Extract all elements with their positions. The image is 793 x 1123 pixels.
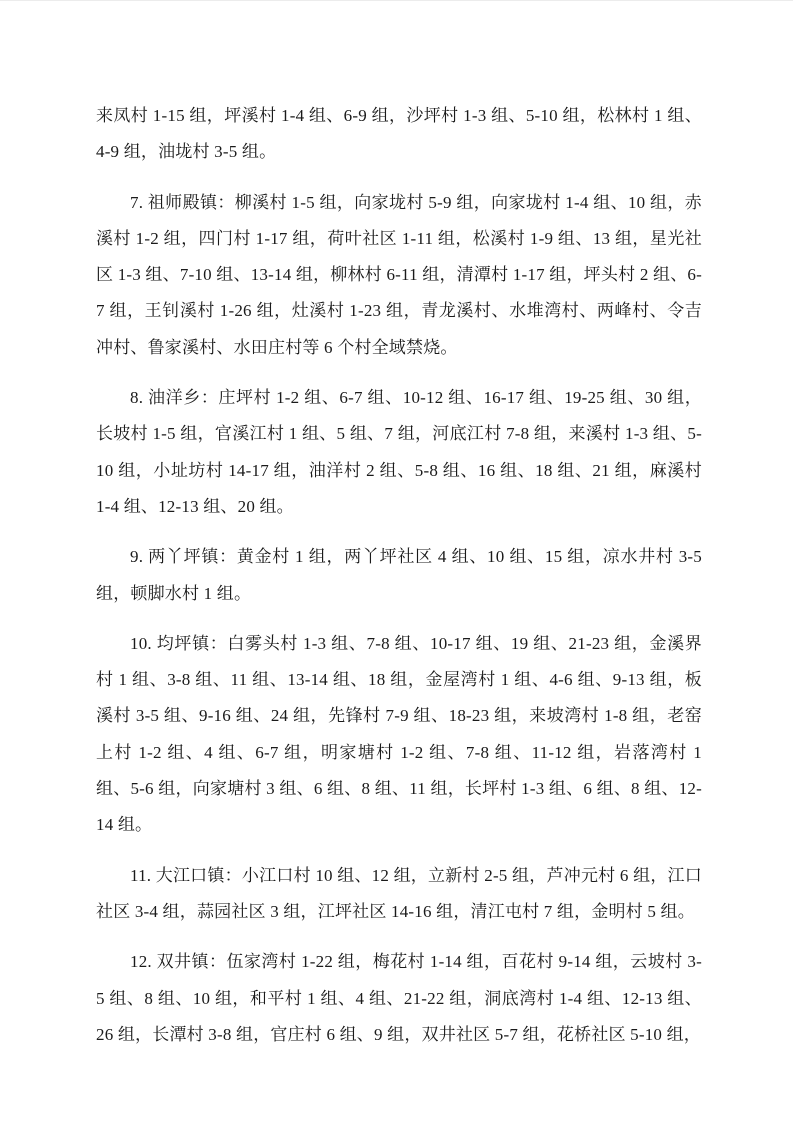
paragraph-item-9-liangyaping-town: 9. 两丫坪镇：黄金村 1 组，两丫坪社区 4 组、10 组、15 组，凉水井村… bbox=[96, 539, 702, 612]
paragraph-item-8-youyang-township: 8. 油洋乡：庄坪村 1-2 组、6-7 组、10-12 组、16-17 组、1… bbox=[96, 380, 702, 525]
paragraph-item-7-zushidian-town: 7. 祖师殿镇：柳溪村 1-5 组，向家垅村 5-9 组，向家垅村 1-4 组、… bbox=[96, 185, 702, 366]
paragraph-item-10-junping-town: 10. 均坪镇：白雾头村 1-3 组、7-8 组、10-17 组、19 组、21… bbox=[96, 626, 702, 844]
paragraph-item-11-dajiangkou-town: 11. 大江口镇：小江口村 10 组、12 组，立新村 2-5 组，芦冲元村 6… bbox=[96, 858, 702, 931]
document-page: 来凤村 1-15 组，坪溪村 1-4 组、6-9 组，沙坪村 1-3 组、5-1… bbox=[0, 0, 793, 1123]
paragraph-continuation: 来凤村 1-15 组，坪溪村 1-4 组、6-9 组，沙坪村 1-3 组、5-1… bbox=[96, 98, 702, 171]
document-text-block: 来凤村 1-15 组，坪溪村 1-4 组、6-9 组，沙坪村 1-3 组、5-1… bbox=[96, 98, 702, 1053]
paragraph-item-12-shuangjing-town: 12. 双井镇：伍家湾村 1-22 组，梅花村 1-14 组，百花村 9-14 … bbox=[96, 944, 702, 1053]
